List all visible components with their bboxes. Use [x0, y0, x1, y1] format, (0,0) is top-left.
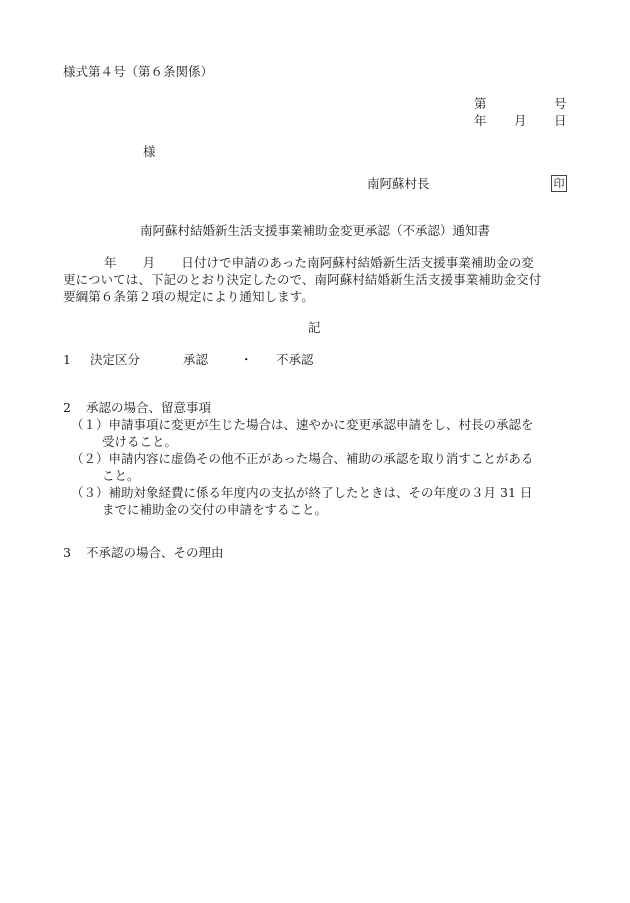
- seal-icon: 印: [551, 175, 567, 192]
- body-line-2: 更については、下記のとおり決定したので、南阿蘇村結婚新生活支援事業補助金交付: [63, 271, 573, 288]
- addressee: 様: [143, 143, 156, 160]
- doc-no-prefix: 第: [474, 95, 487, 112]
- date-month: 月: [514, 112, 527, 129]
- date-day: 日: [554, 112, 567, 129]
- section-notes: 2承認の場合、留意事項 （１）申請事項に変更が生じた場合は、速やかに変更承認申請…: [63, 399, 534, 518]
- section-label: 決定区分: [90, 351, 140, 368]
- document-title: 南阿蘇村結婚新生活支援事業補助金変更承認（不承認）通知書: [0, 222, 630, 239]
- note-item-1: （１）申請事項に変更が生じた場合は、速やかに変更承認申請をし、村長の承認を: [63, 416, 534, 433]
- body-line-3: 要綱第６条第２項の規定により通知します。: [63, 288, 573, 305]
- note-item-2-cont: こと。: [63, 467, 534, 484]
- body-line-1: 年月日付けで申請のあった南阿蘇村結婚新生活支援事業補助金の変: [63, 254, 573, 271]
- form-number-label: 様式第４号（第６条関係）: [63, 63, 213, 80]
- note-item-3: （３）補助対象経費に係る年度内の支払が終了したときは、その年度の３月 31 日: [63, 484, 534, 501]
- option-reject: 不承認: [276, 351, 314, 368]
- note-item-2: （２）申請内容に虚偽その他不正があった場合、補助の承認を取り消すことがある: [63, 450, 534, 467]
- section-label: 不承認の場合、その理由: [86, 545, 224, 560]
- section-number: 3: [63, 545, 71, 560]
- note-item-1-cont: 受けること。: [63, 433, 534, 450]
- ki-heading: 記: [308, 319, 321, 336]
- section-label: 承認の場合、留意事項: [86, 400, 211, 415]
- issuer-name: 南阿蘇村長: [367, 175, 430, 192]
- option-separator: ・: [240, 351, 253, 368]
- doc-no-suffix: 号: [554, 95, 567, 112]
- section-number: 2: [63, 400, 71, 415]
- section-heading: 2承認の場合、留意事項: [63, 399, 534, 416]
- date-year: 年: [474, 112, 487, 129]
- option-approve: 承認: [183, 351, 208, 368]
- body-paragraph: 年月日付けで申請のあった南阿蘇村結婚新生活支援事業補助金の変 更については、下記…: [63, 254, 573, 305]
- section-number: 1: [63, 351, 71, 368]
- note-item-3-cont: までに補助金の交付の申請をすること。: [63, 501, 534, 518]
- section-rejection: 3不承認の場合、その理由: [63, 544, 223, 561]
